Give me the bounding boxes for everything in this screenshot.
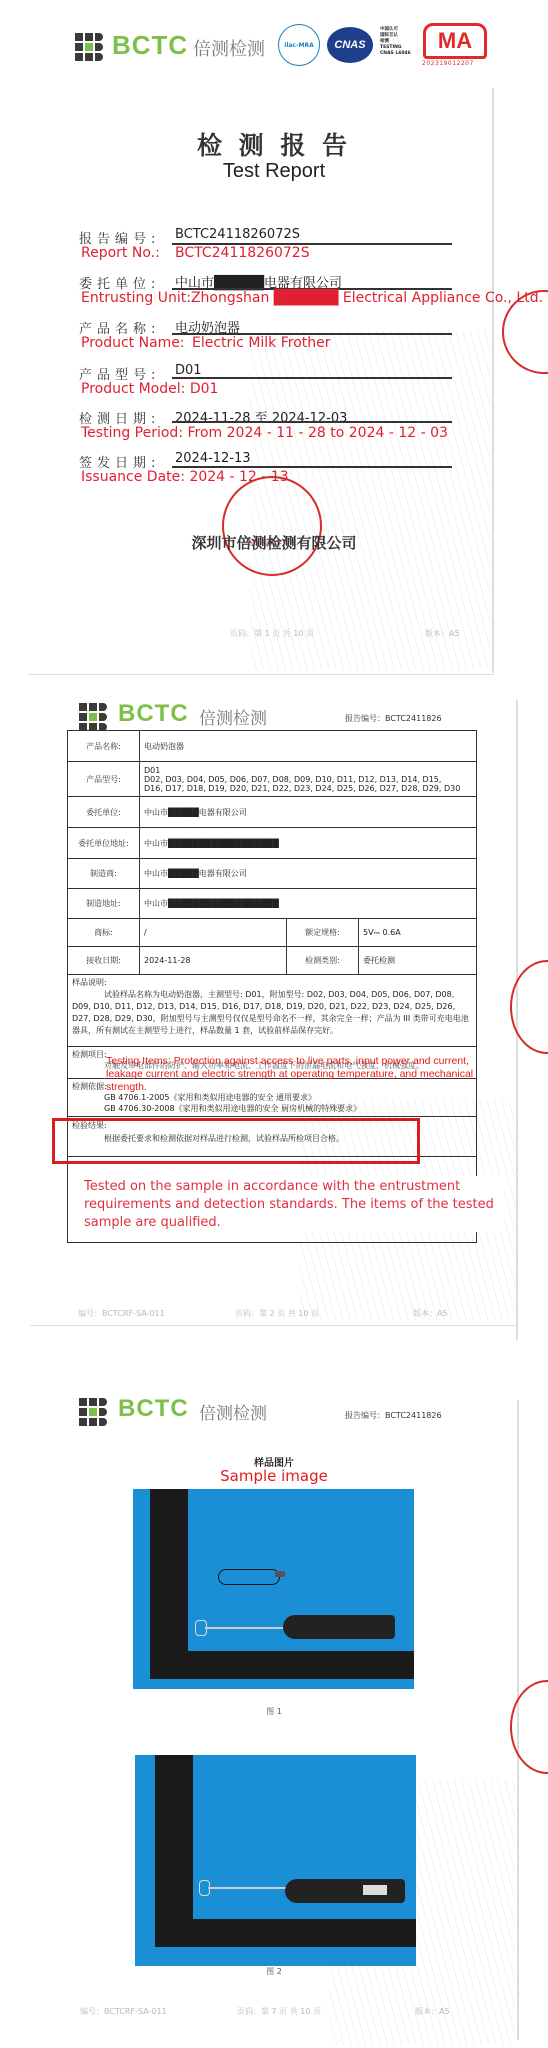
field-value-cn: D01 <box>175 363 202 378</box>
sample-title-en: Sample image <box>0 1467 548 1485</box>
footer-page: 页码：第 2 页 共 10 页 <box>235 1308 319 1319</box>
footer-code: 编号：BCTCRF-SA-011 <box>78 1308 165 1319</box>
sample-photo-1 <box>133 1489 414 1689</box>
field-value-en: BCTC2411826072S <box>175 245 310 261</box>
field-label-en: Testing Period: From 2024 - 11 - 28 to 2… <box>81 425 448 441</box>
cnas-text: 中国认可 国际互认 检测 TESTING CNAS L6046 <box>380 27 411 57</box>
field-value-en: D01 <box>190 381 219 397</box>
table-key: 检测类别: <box>287 947 359 975</box>
side-stamp <box>510 1680 548 1774</box>
table-value: D01 D02, D03, D04, D05, D06, D07, D08, D… <box>140 762 477 797</box>
ruler-icon <box>150 1651 414 1679</box>
bctc-logo-icon <box>75 33 103 61</box>
table-value: 2024-11-28 <box>140 947 287 975</box>
table-value: 中山市██████████████████ <box>140 889 477 919</box>
field-label-en-text: Entrusting Unit: <box>81 290 191 306</box>
footer-page: 页码：第 7 页 共 10 页 <box>237 2006 321 2017</box>
table-row: 产品型号: D01 D02, D03, D04, D05, D06, D07, … <box>68 762 477 797</box>
table-key: 制造地址: <box>68 889 140 919</box>
product-label-icon <box>363 1885 387 1895</box>
ilac-mra-icon: ilac-MRA <box>278 24 320 66</box>
title-cn: 检 测 报 告 <box>0 126 548 162</box>
sample-description: 试验样品名称为电动奶泡器，主测型号: D01，附加型号: D02, D03, D… <box>72 989 472 1037</box>
table-value: 中山市█████电器有限公司 <box>140 797 477 828</box>
field-label-en: Product Model: D01 <box>81 381 218 397</box>
bctc-logo <box>75 33 103 61</box>
model-additional: D02, D03, D04, D05, D06, D07, D08, D09, … <box>144 775 472 784</box>
field-value-cn: BCTC2411826072S <box>175 227 300 242</box>
cma-label: MA <box>438 28 472 54</box>
table-value: 中山市██████████████████ <box>140 828 477 859</box>
footer-page: 页码：第 1 页 共 10 页 <box>230 628 314 639</box>
table-key: 产品名称: <box>68 731 140 762</box>
footer-version: 版本：A5 <box>415 2006 450 2017</box>
brand-name-cn: 倍测检测 <box>199 1399 267 1424</box>
page-border <box>30 1325 516 1326</box>
bctc-logo <box>79 1398 107 1426</box>
table-row: 委托单位: 中山市█████电器有限公司 <box>68 797 477 828</box>
company-name: 深圳市倍测检测有限公司 <box>0 532 548 553</box>
table-value: 电动奶泡器 <box>140 731 477 762</box>
standard-item: GB 4706.30-2008《家用和类似用途电器的安全 厨房机械的特殊要求》 <box>72 1103 472 1114</box>
figure-1-caption: 图 1 <box>0 1706 548 1717</box>
result-translation: Tested on the sample in accordance with … <box>82 1176 504 1232</box>
table-key: 商标: <box>68 919 140 947</box>
field-label-en: Product Name: <box>81 335 185 351</box>
company-stamp: 检验检测专用章 <box>222 476 322 576</box>
table-key: 制造商: <box>68 859 140 889</box>
field-value-en: Electric Milk Frother <box>192 335 331 351</box>
whisk-shaft-icon <box>208 1887 288 1889</box>
report-summary-table: 产品名称: 电动奶泡器 产品型号: D01 D02, D03, D04, D05… <box>67 730 477 1243</box>
test-items-translation: Testing Items: Protection against access… <box>106 1055 506 1094</box>
field-label-en-text: Testing Period: <box>81 425 183 441</box>
field-underline <box>172 421 452 423</box>
report-number-header: 报告编号：BCTC2411826 <box>345 713 442 724</box>
sample-description-cell: 样品说明: 试验样品名称为电动奶泡器，主测型号: D01，附加型号: D02, … <box>68 975 477 1047</box>
table-row: 制造商: 中山市█████电器有限公司 <box>68 859 477 889</box>
ilac-label: ilac-MRA <box>284 42 313 49</box>
sample-description-label: 样品说明: <box>72 977 472 989</box>
field-label-en: Report No.: <box>81 245 160 261</box>
result-highlight-box <box>52 1118 420 1164</box>
cma-number: 202319012207 <box>422 60 474 67</box>
bctc-logo-icon <box>79 1398 107 1426</box>
table-key: 接收日期: <box>68 947 140 975</box>
ruler-icon <box>155 1919 416 1947</box>
table-row: 产品名称: 电动奶泡器 <box>68 731 477 762</box>
table-value: 委托检测 <box>359 947 477 975</box>
frother-handle-icon <box>285 1879 405 1903</box>
table-value: 5V⎓ 0.6A <box>359 919 477 947</box>
cnas-label: CNAS <box>334 39 365 51</box>
field-value-en: Zhongshan ██████ Electrical Appliance Co… <box>191 290 543 306</box>
page-border <box>28 674 494 675</box>
brand-name: BCTC <box>112 30 188 61</box>
figure-2-caption: 图 2 <box>0 1966 548 1977</box>
cnas-icon: CNAS <box>327 27 373 63</box>
cma-icon: MA <box>423 23 487 59</box>
brand-name: BCTC <box>118 700 189 728</box>
table-row: 制造地址: 中山市██████████████████ <box>68 889 477 919</box>
bctc-logo <box>79 703 107 731</box>
brand-name-cn: 倍测检测 <box>199 704 267 729</box>
field-underline <box>172 466 452 468</box>
footer-version: 版本：A5 <box>413 1308 448 1319</box>
field-label-en-text: Issuance Date: <box>81 469 185 485</box>
report-number-header: 报告编号：BCTC2411826 <box>345 1410 442 1421</box>
table-key: 委托单位: <box>68 797 140 828</box>
ruler-icon <box>150 1489 188 1677</box>
field-label-en-text: Product Model: <box>81 381 185 397</box>
table-value: 中山市█████电器有限公司 <box>140 859 477 889</box>
table-row: 商标: / 额定规格: 5V⎓ 0.6A <box>68 919 477 947</box>
whisk-shaft-icon <box>205 1627 285 1629</box>
sample-photo-2 <box>135 1755 416 1966</box>
field-label-en: Entrusting Unit:Zhongshan ██████ Electri… <box>81 290 543 306</box>
model-additional: D16, D17, D18, D19, D20, D21, D22, D23, … <box>144 784 472 793</box>
usb-cable-icon <box>218 1569 280 1585</box>
field-value-cn: 2024-11-28 至 2024-12-03 <box>175 407 347 426</box>
cnas-text-line: CNAS L6046 <box>380 51 411 57</box>
brand-name-cn: 倍测检测 <box>193 35 265 61</box>
field-underline <box>172 377 452 379</box>
title-en: Test Report <box>0 160 548 183</box>
field-value-en: From 2024 - 11 - 28 to 2024 - 12 - 03 <box>188 425 448 441</box>
field-value-cn: 2024-12-13 <box>175 451 251 466</box>
bctc-logo-icon <box>79 703 107 731</box>
table-row: 接收日期: 2024-11-28 检测类别: 委托检测 <box>68 947 477 975</box>
usb-plug-icon <box>275 1571 285 1577</box>
footer-version: 版本：A5 <box>425 628 460 639</box>
table-key: 产品型号: <box>68 762 140 797</box>
footer-code: 编号：BCTCRF-SA-011 <box>80 2006 167 2017</box>
table-key: 额定规格: <box>287 919 359 947</box>
model-main: D01 <box>144 766 472 775</box>
brand-name: BCTC <box>118 1395 189 1423</box>
table-row: 委托单位地址: 中山市██████████████████ <box>68 828 477 859</box>
frother-handle-icon <box>283 1615 395 1639</box>
table-value: / <box>140 919 287 947</box>
table-key: 委托单位地址: <box>68 828 140 859</box>
table-row: 样品说明: 试验样品名称为电动奶泡器，主测型号: D01，附加型号: D02, … <box>68 975 477 1047</box>
